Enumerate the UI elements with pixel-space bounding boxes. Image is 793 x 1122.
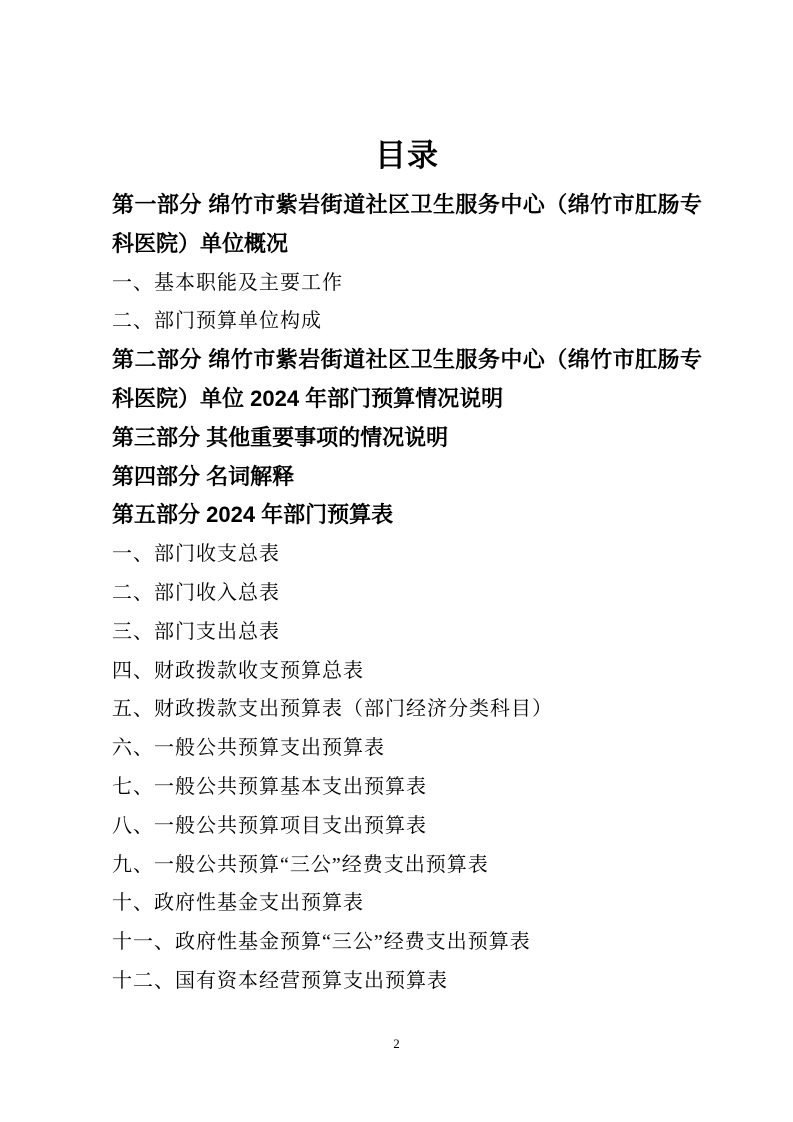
toc-content: 目录 第一部分 绵竹市紫岩街道社区卫生服务中心（绵竹市肛肠专科医院）单位概况一、… xyxy=(112,136,702,1001)
toc-item: 六、一般公共预算支出预算表 xyxy=(112,729,702,768)
toc-section-heading: 第五部分 2024 年部门预算表 xyxy=(112,496,702,535)
toc-item: 四、财政拨款收支预算总表 xyxy=(112,652,702,691)
toc-item: 七、一般公共预算基本支出预算表 xyxy=(112,768,702,807)
toc-item: 十一、政府性基金预算“三公”经费支出预算表 xyxy=(112,923,702,962)
page-number: 2 xyxy=(0,1036,793,1052)
toc-section-heading: 第四部分 名词解释 xyxy=(112,458,702,497)
toc-item: 十二、国有资本经营预算支出预算表 xyxy=(112,962,702,1001)
toc-item: 一、基本职能及主要工作 xyxy=(112,264,702,303)
toc-section-heading: 第三部分 其他重要事项的情况说明 xyxy=(112,419,702,458)
toc-item: 八、一般公共预算项目支出预算表 xyxy=(112,807,702,846)
toc-item: 一、部门收支总表 xyxy=(112,535,702,574)
document-page: 目录 第一部分 绵竹市紫岩街道社区卫生服务中心（绵竹市肛肠专科医院）单位概况一、… xyxy=(0,0,793,1122)
toc-item: 二、部门收入总表 xyxy=(112,574,702,613)
toc-section-heading: 第一部分 绵竹市紫岩街道社区卫生服务中心（绵竹市肛肠专科医院）单位概况 xyxy=(112,186,702,264)
toc-item: 三、部门支出总表 xyxy=(112,613,702,652)
toc-item: 九、一般公共预算“三公”经费支出预算表 xyxy=(112,846,702,885)
toc-section-heading: 第二部分 绵竹市紫岩街道社区卫生服务中心（绵竹市肛肠专科医院）单位 2024 年… xyxy=(112,341,702,419)
toc-item: 十、政府性基金支出预算表 xyxy=(112,884,702,923)
table-of-contents: 第一部分 绵竹市紫岩街道社区卫生服务中心（绵竹市肛肠专科医院）单位概况一、基本职… xyxy=(112,186,702,1001)
toc-item: 二、部门预算单位构成 xyxy=(112,302,702,341)
page-title: 目录 xyxy=(112,136,702,176)
toc-item: 五、财政拨款支出预算表（部门经济分类科目） xyxy=(112,690,702,729)
